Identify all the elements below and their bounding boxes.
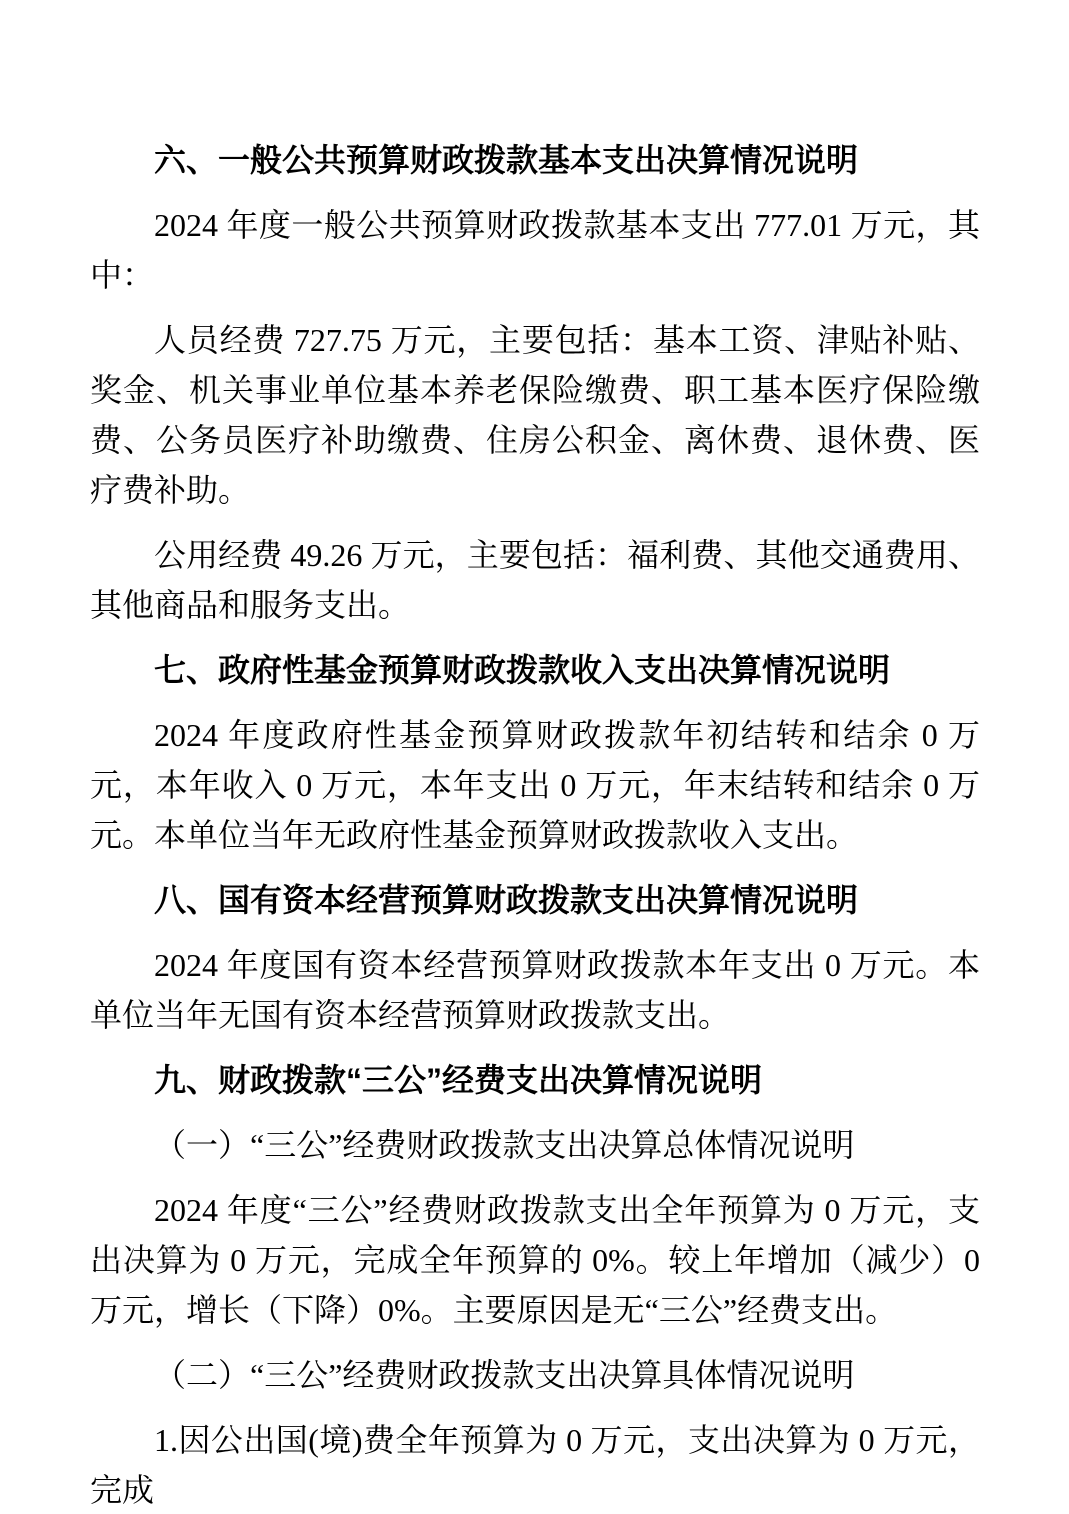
section8-heading: 八、国有资本经营预算财政拨款支出决算情况说明 <box>90 875 980 925</box>
section9-subsection2-paragraph: 1.因公出国(境)费全年预算为 0 万元，支出决算为 0 万元，完成 <box>90 1415 980 1514</box>
document-page: 六、一般公共预算财政拨款基本支出决算情况说明 2024 年度一般公共预算财政拨款… <box>0 0 1069 1514</box>
section6-paragraph-personnel-funds: 人员经费 727.75 万元，主要包括：基本工资、津贴补贴、奖金、机关事业单位基… <box>90 315 980 515</box>
section7-paragraph: 2024 年度政府性基金预算财政拨款年初结转和结余 0 万元，本年收入 0 万元… <box>90 710 980 860</box>
section9-heading: 九、财政拨款“三公”经费支出决算情况说明 <box>90 1055 980 1105</box>
section9-subheading-2: （二）“三公”经费财政拨款支出决算具体情况说明 <box>90 1350 980 1400</box>
section6-heading: 六、一般公共预算财政拨款基本支出决算情况说明 <box>90 135 980 185</box>
section6-paragraph-total: 2024 年度一般公共预算财政拨款基本支出 777.01 万元，其中： <box>90 200 980 300</box>
section7-heading: 七、政府性基金预算财政拨款收入支出决算情况说明 <box>90 645 980 695</box>
section6-paragraph-public-funds: 公用经费 49.26 万元，主要包括：福利费、其他交通费用、其他商品和服务支出。 <box>90 530 980 630</box>
section9-subsection1-paragraph: 2024 年度“三公”经费财政拨款支出全年预算为 0 万元，支出决算为 0 万元… <box>90 1185 980 1335</box>
section9-subheading-1: （一）“三公”经费财政拨款支出决算总体情况说明 <box>90 1120 980 1170</box>
section8-paragraph: 2024 年度国有资本经营预算财政拨款本年支出 0 万元。本单位当年无国有资本经… <box>90 940 980 1040</box>
